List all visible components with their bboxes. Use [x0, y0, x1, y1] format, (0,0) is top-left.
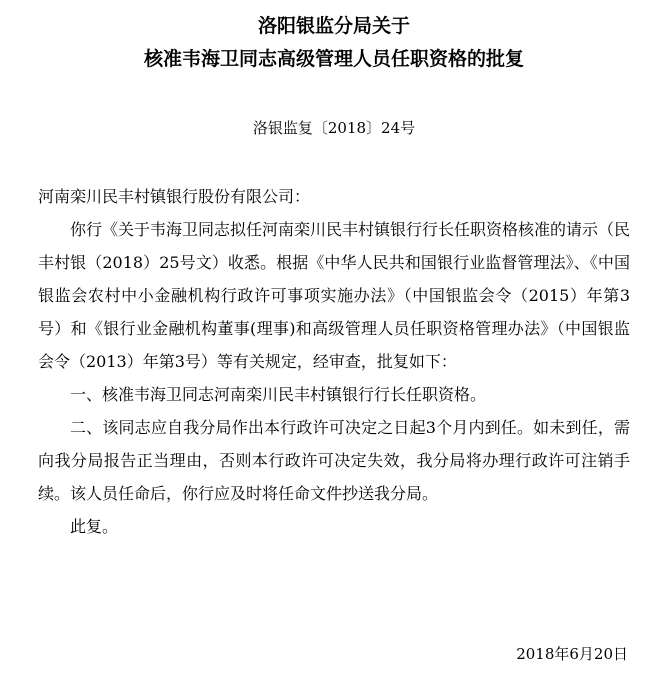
body-paragraph-item-2: 二、该同志应自我分局作出本行政许可决定之日起3个月内到任。如未到任，需向我分局报… [38, 411, 630, 510]
official-document-page: 洛阳银监分局关于 核准韦海卫同志高级管理人员任职资格的批复 洛银监复〔2018〕… [0, 0, 668, 678]
document-body: 河南栾川民丰村镇银行股份有限公司： 你行《关于韦海卫同志拟任河南栾川民丰村镇银行… [38, 180, 630, 543]
document-title-line-1: 洛阳银监分局关于 [38, 10, 630, 43]
document-number: 洛银监复〔2018〕24号 [38, 118, 630, 138]
closing-line: 此复。 [38, 510, 630, 543]
document-title-line-2: 核准韦海卫同志高级管理人员任职资格的批复 [38, 43, 630, 76]
body-paragraph-item-1: 一、核准韦海卫同志河南栾川民丰村镇银行行长任职资格。 [38, 378, 630, 411]
document-date: 2018年6月20日 [516, 644, 628, 664]
document-title: 洛阳银监分局关于 核准韦海卫同志高级管理人员任职资格的批复 [38, 10, 630, 76]
addressee-line: 河南栾川民丰村镇银行股份有限公司： [38, 180, 630, 213]
body-paragraph-intro: 你行《关于韦海卫同志拟任河南栾川民丰村镇银行行长任职资格核准的请示（民丰村银（2… [38, 213, 630, 378]
